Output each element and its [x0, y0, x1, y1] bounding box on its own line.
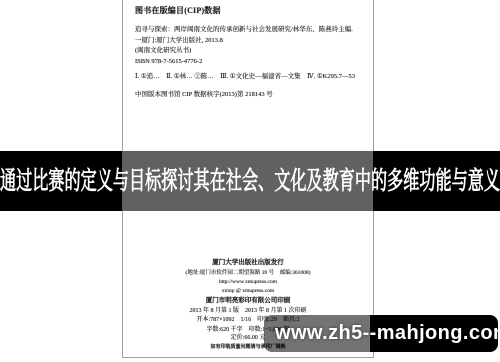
cip-series-line: (闽南文化研究丛书): [135, 46, 367, 57]
cip-registry-line: 中国版本图书馆 CIP 数据核字(2013)第 218143 号: [135, 90, 367, 100]
cip-publisher-line: 一厦门:厦门大学出版社, 2013.8: [135, 36, 367, 47]
screenshot-root: 图书在版编目(CIP)数据 追寻与探索：两岸闽南文化的传承创新与社会发展研究/林…: [0, 0, 500, 362]
cip-classification-line: Ⅰ. ①追… Ⅱ. ①林… ②陈… Ⅲ. ①文化史—福建省—文集 Ⅳ. ①K29…: [135, 72, 367, 82]
cip-heading: 图书在版编目(CIP)数据: [135, 6, 367, 16]
colophon-publisher: 厦门大学出版社出版发行: [123, 258, 373, 269]
watermark-url-badge: www.zh5--mahjong.com: [264, 315, 498, 352]
cip-title-line: 追寻与探索：两岸闽南文化的传承创新与社会发展研究/林华东、陈燕玲主编.: [135, 25, 367, 36]
colophon-website: http://www.xmupress.com: [123, 278, 373, 287]
watermark-banner-text: 通过比赛的定义与目标探讨其在社会、文化及教育中的多维功能与意义: [0, 151, 500, 211]
colophon-printer: 厦门市明亮彩印有限公司印刷: [123, 296, 373, 307]
colophon-email: xmup @ xmupress.com: [123, 287, 373, 296]
colophon-address: (地址:厦门市软件园二期望海路 39 号 邮编:361008): [123, 269, 373, 278]
cip-isbn-line: ISBN 978-7-5615-4776-2: [135, 57, 367, 68]
watermark-url-text: www.zh5--mahjong.com: [275, 315, 498, 352]
cip-data-block: 图书在版编目(CIP)数据 追寻与探索：两岸闽南文化的传承创新与社会发展研究/林…: [135, 6, 367, 100]
watermark-banner: 通过比赛的定义与目标探讨其在社会、文化及教育中的多维功能与意义: [0, 151, 500, 211]
